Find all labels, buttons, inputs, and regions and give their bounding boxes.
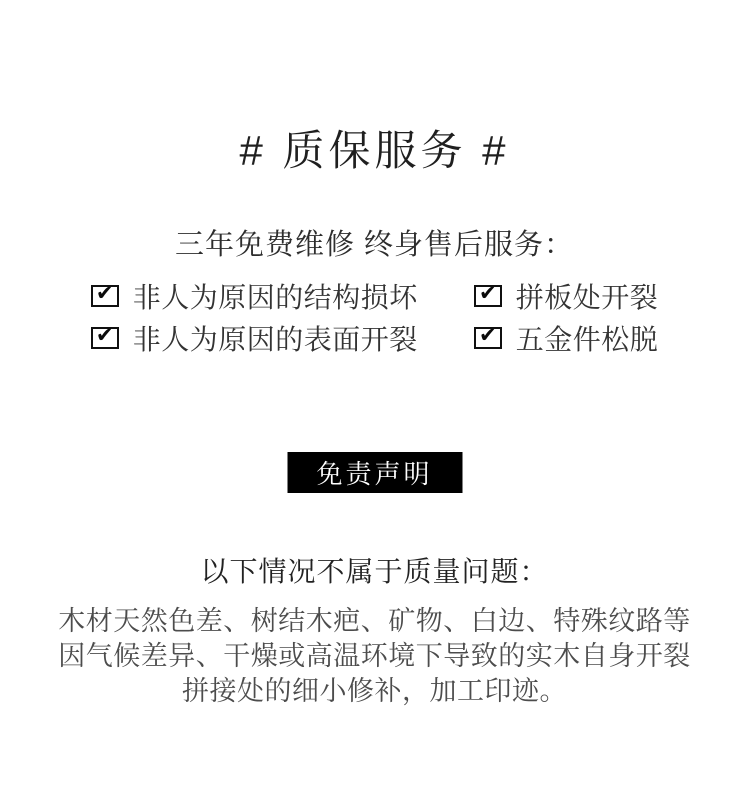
disclaimer-line: 因气候差异、干燥或高温环境下导致的实木自身开裂 — [0, 639, 749, 674]
disclaimer-heading: 以下情况不属于质量问题： — [0, 550, 749, 590]
checked-checkbox: ✔ — [474, 327, 502, 349]
disclaimer-line: 木材天然色差、树结木疤、矿物、白边、特殊纹路等 — [0, 604, 749, 639]
checked-checkbox: ✔ — [91, 327, 119, 349]
check-icon: ✔ — [479, 325, 497, 346]
check-icon: ✔ — [96, 325, 114, 346]
disclaimer-paragraph: 木材天然色差、树结木疤、矿物、白边、特殊纹路等 因气候差异、干燥或高温环境下导致… — [0, 604, 749, 709]
disclaimer-badge: 免责声明 — [287, 452, 462, 493]
checklist-item: ✔ 拼板处开裂 — [474, 281, 659, 310]
warranty-section-title: # 质保服务 # — [0, 118, 749, 178]
checklist-left-column: ✔ 非人为原因的结构损坏 ✔ 非人为原因的表面开裂 — [91, 281, 418, 352]
checklist-item-label: 非人为原因的结构损坏 — [133, 276, 418, 316]
checklist-right-column: ✔ 拼板处开裂 ✔ 五金件松脱 — [474, 281, 659, 352]
checklist-item-label: 非人为原因的表面开裂 — [133, 318, 418, 358]
checked-checkbox: ✔ — [91, 285, 119, 307]
checklist-item: ✔ 非人为原因的结构损坏 — [91, 281, 418, 310]
checklist-item: ✔ 五金件松脱 — [474, 323, 659, 352]
warranty-subtitle: 三年免费维修 终身售后服务： — [0, 222, 749, 263]
checklist-item-label: 拼板处开裂 — [516, 276, 659, 316]
disclaimer-line: 拼接处的细小修补，加工印迹。 — [0, 674, 749, 709]
check-icon: ✔ — [479, 283, 497, 304]
check-icon: ✔ — [96, 283, 114, 304]
checklist-item-label: 五金件松脱 — [516, 318, 659, 358]
warranty-service-page: # 质保服务 # 三年免费维修 终身售后服务： ✔ 非人为原因的结构损坏 ✔ 非… — [0, 0, 749, 804]
checked-checkbox: ✔ — [474, 285, 502, 307]
warranty-checklist: ✔ 非人为原因的结构损坏 ✔ 非人为原因的表面开裂 ✔ 拼板处开裂 ✔ — [0, 281, 749, 352]
checklist-item: ✔ 非人为原因的表面开裂 — [91, 323, 418, 352]
